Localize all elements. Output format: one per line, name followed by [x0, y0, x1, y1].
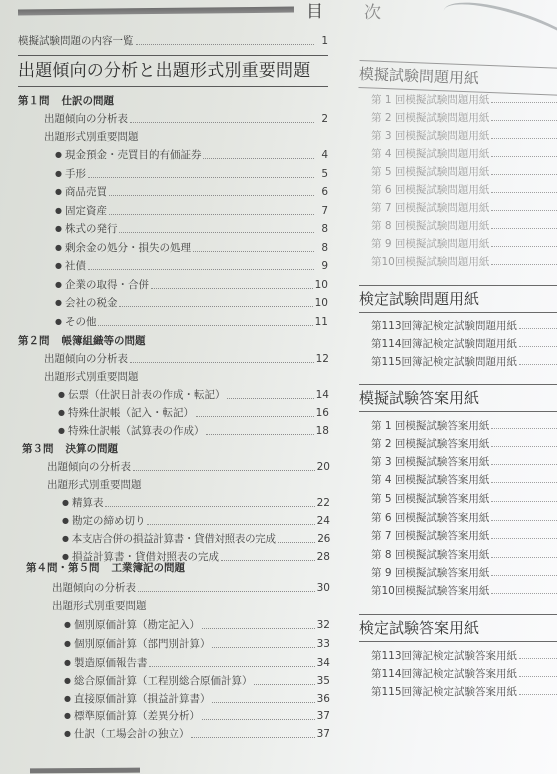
item-label: 第115回簿記検定試験問題用紙 — [371, 354, 517, 369]
leader-dots — [278, 541, 316, 543]
entry-label: 商品売買 — [55, 184, 107, 199]
leader-dots — [491, 142, 557, 157]
toc-title-char-1: 目 — [306, 0, 323, 22]
page-number: 30 — [317, 582, 330, 594]
entry-label: 仕訳（工場会計の独立） — [64, 726, 189, 741]
item-label: 第 3 回模擬試験答案用紙 — [371, 454, 489, 469]
section-heading: 模擬試験答案用紙 — [359, 384, 557, 412]
leader-dots — [491, 487, 557, 502]
leader-dots — [105, 505, 314, 507]
toc-title-char-2: 次 — [364, 0, 381, 23]
toc-entry[interactable]: 個別原価計算（勘定記入）32 — [64, 617, 330, 632]
item-label: 第10回模擬試験答案用紙 — [371, 583, 489, 598]
leader-dots — [491, 543, 557, 558]
list-item[interactable]: 第113回簿記検定試験問題用紙 — [371, 318, 557, 333]
page-number: 14 — [316, 389, 329, 401]
leader-dots — [133, 469, 315, 471]
list-item[interactable]: 第 4 回模擬試験答案用紙 — [371, 472, 557, 487]
toc-entry[interactable]: 仕訳（工場会計の独立）37 — [64, 726, 330, 741]
list-item[interactable]: 第 5 回模擬試験問題用紙 — [371, 164, 557, 179]
entry-label: 本支店合併の損益計算書・貸借対照表の完成 — [62, 531, 276, 546]
question-number: 第２問 — [18, 335, 50, 347]
item-label: 第 7 回模擬試験答案用紙 — [371, 528, 489, 543]
list-item[interactable]: 第 2 回模擬試験答案用紙 — [371, 436, 557, 451]
page-number: 34 — [317, 657, 330, 669]
header-bar — [18, 7, 294, 16]
list-item[interactable]: 第 7 回模擬試験答案用紙 — [371, 528, 557, 543]
question-title: 決算の問題 — [66, 443, 119, 455]
toc-entry[interactable]: 特殊仕訳帳（記入・転記）16 — [58, 405, 329, 420]
leader-dots — [491, 506, 557, 521]
toc-entry[interactable]: 出題傾向の分析表30 — [52, 580, 330, 595]
entry-label: 個別原価計算（部門別計算） — [64, 636, 210, 651]
page-number: 4 — [316, 149, 328, 161]
page-number: 2 — [316, 113, 328, 125]
item-label: 第 1 回模擬試験答案用紙 — [371, 418, 489, 433]
sub-heading: 出題形式別重要問題 — [52, 598, 147, 613]
entry-label: 手形 — [55, 166, 86, 181]
leader-dots — [196, 415, 314, 417]
leader-dots — [491, 88, 557, 103]
leader-dots — [88, 268, 314, 270]
list-item[interactable]: 第 9 回模擬試験答案用紙 — [371, 565, 557, 580]
toc-entry[interactable]: 社債9 — [55, 258, 328, 273]
list-item[interactable]: 第 3 回模擬試験問題用紙 — [371, 128, 557, 143]
toc-entry[interactable]: 商品売買6 — [55, 184, 328, 199]
question-1-heading: 第１問仕訳の問題 — [18, 93, 114, 108]
leader-dots — [151, 287, 313, 289]
list-item[interactable]: 第 7 回模擬試験問題用紙 — [371, 200, 557, 215]
list-item[interactable]: 第 3 回模擬試験答案用紙 — [371, 454, 557, 469]
item-label: 第114回簿記検定試験答案用紙 — [371, 666, 517, 681]
toc-entry[interactable]: 株式の発行8 — [55, 221, 328, 236]
question-title: 仕訳の問題 — [62, 95, 115, 107]
leader-dots — [519, 350, 557, 365]
list-item[interactable]: 第 1 回模擬試験答案用紙 — [371, 418, 557, 433]
page-number: 7 — [316, 205, 328, 217]
list-item[interactable]: 第114回簿記検定試験答案用紙 — [371, 666, 557, 681]
toc-entry[interactable]: 伝票（仕訳日計表の作成・転記）14 — [58, 387, 329, 402]
item-label: 第 2 回模擬試験答案用紙 — [371, 436, 489, 451]
item-label: 第 6 回模擬試験問題用紙 — [371, 182, 489, 197]
item-label: 第 2 回模擬試験問題用紙 — [371, 110, 489, 125]
leader-dots — [491, 196, 557, 211]
toc-entry[interactable]: 直接原価計算（損益計算書）36 — [64, 691, 330, 706]
leader-dots — [519, 680, 557, 695]
entry-label: 特殊仕訳帳（記入・転記） — [58, 405, 194, 420]
list-item[interactable]: 第 6 回模擬試験問題用紙 — [371, 182, 557, 197]
leader-dots — [491, 579, 557, 594]
page-number: 37 — [317, 710, 330, 722]
question-3-heading: 第３問決算の問題 — [22, 441, 118, 456]
item-label: 第 5 回模擬試験問題用紙 — [371, 164, 489, 179]
leader-dots — [491, 106, 557, 121]
entry-label: 現金預金・売買目的有価証券 — [55, 147, 201, 162]
list-item[interactable]: 第115回簿記検定試験問題用紙 — [371, 354, 557, 369]
entry-label: 個別原価計算（勘定記入） — [64, 617, 200, 632]
leader-dots — [519, 644, 557, 659]
leader-dots — [130, 121, 314, 123]
page-number: 28 — [317, 551, 330, 563]
leader-dots — [519, 332, 557, 347]
leader-dots — [491, 468, 557, 483]
entry-label: 製造原価報告書 — [64, 655, 147, 670]
toc-page: 目 次 模擬試験問題の内容一覧 1 出題傾向の分析と出題形式別重要問題 第１問仕… — [0, 0, 557, 774]
leader-dots — [206, 433, 313, 435]
page-number: 9 — [316, 260, 328, 272]
page-number: 36 — [317, 693, 330, 705]
page-number: 33 — [317, 638, 330, 650]
list-item[interactable]: 第 8 回模擬試験問題用紙 — [371, 218, 557, 233]
toc-entry[interactable]: 特殊仕訳帳（試算表の作成）18 — [58, 423, 329, 438]
page-number: 10 — [315, 279, 328, 291]
item-label: 第 5 回模擬試験答案用紙 — [371, 491, 489, 506]
toc-entry[interactable]: 剰余金の処分・損失の処理8 — [55, 240, 328, 255]
item-label: 第114回簿記検定試験問題用紙 — [371, 336, 517, 351]
page-number: 24 — [317, 515, 330, 527]
list-item[interactable]: 第 9 回模擬試験問題用紙 — [371, 236, 557, 251]
page-number: 6 — [316, 186, 328, 198]
leader-dots — [109, 194, 314, 196]
toc-entry[interactable]: 企業の取得・合併10 — [55, 277, 328, 292]
entry-label: 勘定の締め切り — [62, 513, 145, 528]
entry-label: 伝票（仕訳日計表の作成・転記） — [58, 387, 225, 402]
leader-dots — [88, 176, 314, 178]
page-number: 18 — [316, 425, 329, 437]
toc-entry[interactable]: 現金預金・売買目的有価証券4 — [55, 147, 328, 162]
leader-dots — [202, 718, 315, 720]
entry-label: 剰余金の処分・損失の処理 — [55, 240, 191, 255]
list-item[interactable]: 第 5 回模擬試験答案用紙 — [371, 491, 557, 506]
item-label: 第 9 回模擬試験問題用紙 — [371, 236, 489, 251]
list-item[interactable]: 第 2 回模擬試験問題用紙 — [371, 110, 557, 125]
leader-dots — [109, 213, 314, 215]
page-number: 11 — [315, 316, 328, 328]
list-item[interactable]: 第114回簿記検定試験問題用紙 — [371, 336, 557, 351]
toc-entry[interactable]: 製造原価報告書34 — [64, 655, 330, 670]
list-item[interactable]: 第10回模擬試験問題用紙 — [371, 254, 557, 269]
page-number: 32 — [317, 619, 330, 631]
toc-entry[interactable]: 出題傾向の分析表12 — [44, 351, 329, 366]
question-number: 第３問 — [22, 443, 54, 455]
leader-dots — [491, 124, 557, 139]
sub-heading: 出題形式別重要問題 — [44, 369, 139, 384]
leader-dots — [519, 662, 557, 677]
item-label: 第115回簿記検定試験答案用紙 — [371, 684, 517, 699]
leader-dots — [147, 523, 314, 525]
list-item[interactable]: 第 6 回模擬試験答案用紙 — [371, 510, 557, 525]
toc-entry[interactable]: 出題傾向の分析表2 — [44, 111, 328, 126]
item-label: 第 1 回模擬試験問題用紙 — [371, 92, 489, 107]
page-number: 22 — [317, 497, 330, 509]
item-label: 第 8 回模擬試験問題用紙 — [371, 218, 489, 233]
leader-dots — [491, 214, 557, 229]
leader-dots — [519, 314, 557, 329]
leader-dots — [491, 561, 557, 576]
page-number: 16 — [316, 407, 329, 419]
leader-dots — [491, 250, 557, 265]
list-item[interactable]: 第113回簿記検定試験答案用紙 — [371, 648, 557, 663]
toc-entry[interactable]: 標準原価計算（差異分析）37 — [64, 708, 330, 723]
toc-entry[interactable]: 勘定の締め切り24 — [62, 513, 330, 528]
question-title: 帳簿組織等の問題 — [62, 335, 146, 347]
page-number: 35 — [317, 675, 330, 687]
leader-dots — [221, 559, 315, 561]
leader-dots — [227, 397, 313, 399]
entry-label: 出題傾向の分析表 — [52, 580, 136, 595]
page-number: 10 — [315, 297, 328, 309]
toc-entry[interactable]: 本支店合併の損益計算書・貸借対照表の完成26 — [62, 531, 330, 546]
item-label: 第113回簿記検定試験問題用紙 — [371, 318, 517, 333]
page-number: 20 — [317, 461, 330, 473]
leader-dots — [491, 414, 557, 429]
question-2-heading: 第２問帳簿組織等の問題 — [18, 333, 146, 348]
section-title: 出題傾向の分析と出題形式別重要問題 — [18, 55, 328, 87]
list-item[interactable]: 第 8 回模擬試験答案用紙 — [371, 547, 557, 562]
leader-dots — [491, 432, 557, 447]
item-label: 第 7 回模擬試験問題用紙 — [371, 200, 489, 215]
entry-label: 出題傾向の分析表 — [47, 459, 131, 474]
leader-dots — [119, 231, 314, 233]
leader-dots — [136, 43, 315, 45]
leader-dots — [202, 627, 315, 629]
entry-label: 総合原価計算（工程別総合原価計算） — [64, 673, 252, 688]
toc-entry[interactable]: 精算表22 — [62, 495, 330, 510]
list-item[interactable]: 第 1 回模擬試験問題用紙 — [371, 92, 557, 107]
page-number: 1 — [316, 35, 328, 47]
leader-dots — [149, 665, 314, 667]
question-number: 第４問・第５問 — [26, 562, 100, 574]
leader-dots — [138, 590, 315, 592]
leader-dots — [212, 701, 314, 703]
footer-bar — [30, 768, 140, 774]
toc-entry[interactable]: 総合原価計算（工程別総合原価計算）35 — [64, 673, 330, 688]
entry-label: 直接原価計算（損益計算書） — [64, 691, 210, 706]
sub-heading: 出題形式別重要問題 — [47, 477, 142, 492]
entry-label: 出題傾向の分析表 — [44, 351, 128, 366]
leader-dots — [130, 361, 314, 363]
entry-label: 社債 — [55, 258, 86, 273]
leader-dots — [98, 324, 312, 326]
item-label: 第113回簿記検定試験答案用紙 — [371, 648, 517, 663]
list-item[interactable]: 第 4 回模擬試験問題用紙 — [371, 146, 557, 161]
entry-label: 企業の取得・合併 — [55, 277, 149, 292]
entry-label: 標準原価計算（差異分析） — [64, 708, 200, 723]
toc-entry[interactable]: 手形5 — [55, 166, 328, 181]
leader-dots — [491, 524, 557, 539]
item-label: 第 4 回模擬試験問題用紙 — [371, 146, 489, 161]
section-heading: 検定試験問題用紙 — [359, 285, 557, 313]
entry-label: 出題傾向の分析表 — [44, 111, 128, 126]
question-title: 工業簿記の問題 — [112, 562, 186, 574]
leader-dots — [193, 250, 314, 252]
page-number: 12 — [316, 353, 329, 365]
item-label: 第 8 回模擬試験答案用紙 — [371, 547, 489, 562]
entry-label: 精算表 — [62, 495, 103, 510]
entry-label: 模擬試験問題の内容一覧 — [18, 33, 134, 48]
entry-label: 株式の発行 — [55, 221, 117, 236]
entry-label: 固定資産 — [55, 203, 107, 218]
toc-entry[interactable]: 個別原価計算（部門別計算）33 — [64, 636, 330, 651]
page-number: 26 — [317, 533, 330, 545]
leader-dots — [203, 157, 314, 159]
item-label: 第10回模擬試験問題用紙 — [371, 254, 489, 269]
leader-dots — [119, 305, 312, 307]
entry-label: 特殊仕訳帳（試算表の作成） — [58, 423, 204, 438]
section-heading: 検定試験答案用紙 — [359, 614, 557, 642]
leader-dots — [491, 232, 557, 247]
toc-entry[interactable]: 会社の税金10 — [55, 295, 328, 310]
list-item[interactable]: 第10回模擬試験答案用紙 — [371, 583, 557, 598]
toc-entry-intro[interactable]: 模擬試験問題の内容一覧 1 — [18, 33, 328, 48]
toc-entry[interactable]: 固定資産7 — [55, 203, 328, 218]
item-label: 第 3 回模擬試験問題用紙 — [371, 128, 489, 143]
page-number: 8 — [316, 223, 328, 235]
toc-entry[interactable]: その他11 — [55, 314, 328, 329]
item-label: 第 9 回模擬試験答案用紙 — [371, 565, 489, 580]
item-label: 第 6 回模擬試験答案用紙 — [371, 510, 489, 525]
leader-dots — [212, 646, 314, 648]
sub-heading: 出題形式別重要問題 — [44, 129, 139, 144]
item-label: 第 4 回模擬試験答案用紙 — [371, 472, 489, 487]
list-item[interactable]: 第115回簿記検定試験答案用紙 — [371, 684, 557, 699]
page-number: 37 — [317, 728, 330, 740]
toc-entry[interactable]: 出題傾向の分析表20 — [47, 459, 330, 474]
leader-dots — [491, 178, 557, 193]
leader-dots — [491, 160, 557, 175]
leader-dots — [491, 450, 557, 465]
page-number: 8 — [316, 242, 328, 254]
leader-dots — [191, 736, 314, 738]
question-number: 第１問 — [18, 95, 50, 107]
question-4-5-heading: 第４問・第５問工業簿記の問題 — [26, 560, 185, 575]
page-number: 5 — [316, 168, 328, 180]
leader-dots — [254, 683, 314, 685]
entry-label: その他 — [55, 314, 96, 329]
entry-label: 会社の税金 — [55, 295, 117, 310]
